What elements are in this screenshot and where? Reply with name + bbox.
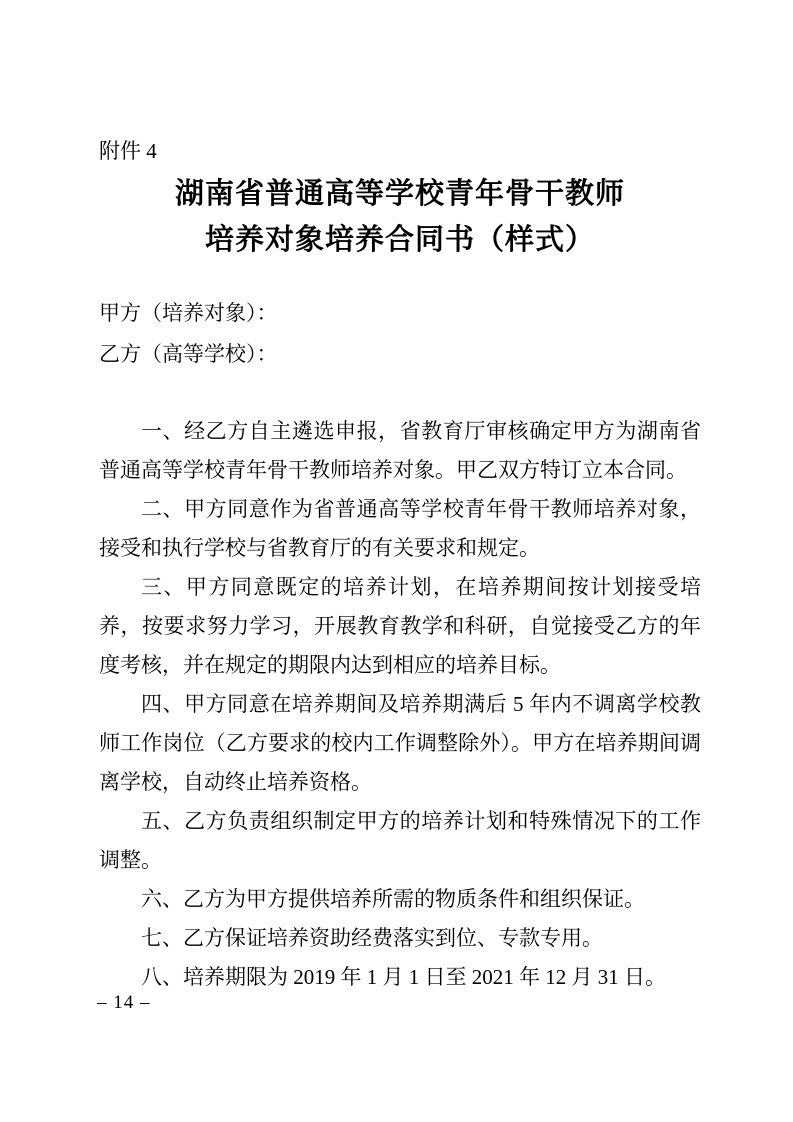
- clause-8: 八、培养期限为 2019 年 1 月 1 日至 2021 年 12 月 31 日…: [99, 958, 701, 997]
- contract-clauses: 一、经乙方自主遴选申报，省教育厅审核确定甲方为湖南省普通高等学校青年骨干教师培养…: [99, 412, 701, 997]
- document-page: 附件 4 湖南省普通高等学校青年骨干教师 培养对象培养合同书（样式） 甲方（培养…: [0, 0, 793, 1122]
- clause-3: 三、甲方同意既定的培养计划，在培养期间按计划接受培养，按要求努力学习，开展教育教…: [99, 568, 701, 685]
- clause-6: 六、乙方为甲方提供培养所需的物质条件和组织保证。: [99, 880, 701, 919]
- clause-1: 一、经乙方自主遴选申报，省教育厅审核确定甲方为湖南省普通高等学校青年骨干教师培养…: [99, 412, 701, 490]
- clause-2: 二、甲方同意作为省普通高等学校青年骨干教师培养对象，接受和执行学校与省教育厅的有…: [99, 490, 701, 568]
- document-title: 湖南省普通高等学校青年骨干教师 培养对象培养合同书（样式）: [99, 171, 701, 263]
- title-line-2: 培养对象培养合同书（样式）: [99, 217, 701, 263]
- clause-7: 七、乙方保证培养资助经费落实到位、专款专用。: [99, 919, 701, 958]
- clause-5: 五、乙方负责组织制定甲方的培养计划和特殊情况下的工作调整。: [99, 802, 701, 880]
- title-line-1: 湖南省普通高等学校青年骨干教师: [99, 171, 701, 217]
- clause-4: 四、甲方同意在培养期间及培养期满后 5 年内不调离学校教师工作岗位（乙方要求的校…: [99, 685, 701, 802]
- page-number: – 14 –: [97, 992, 151, 1014]
- attachment-label: 附件 4: [99, 139, 157, 164]
- party-b-label: 乙方（高等学校）：: [99, 342, 278, 367]
- party-a-label: 甲方（培养对象）：: [99, 301, 278, 326]
